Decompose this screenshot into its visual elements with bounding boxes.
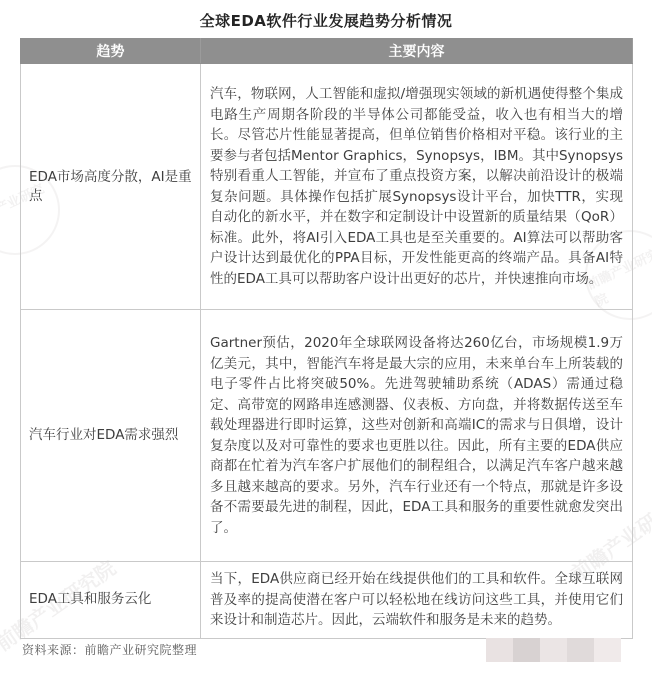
source-note: 资料来源：前瞻产业研究院整理 <box>22 641 197 658</box>
column-header-trend: 趋势 <box>21 39 201 64</box>
content-cell: 当下，EDA供应商已经开始在线提供他们的工具和软件。全球互联网普及率的提高使潜在… <box>201 562 633 639</box>
table-header-row: 趋势 主要内容 <box>21 39 633 64</box>
trend-cell: EDA工具和服务云化 <box>21 562 201 639</box>
table-row: 汽车行业对EDA需求强烈 Gartner预估，2020年全球联网设备将达260亿… <box>21 310 633 562</box>
trend-table-container: 趋势 主要内容 EDA市场高度分散，AI是重点 汽车，物联网，人工智能和虚拟/增… <box>20 38 632 639</box>
censored-watermark <box>486 638 621 662</box>
page-title: 全球EDA软件行业发展趋势分析情况 <box>0 10 652 31</box>
table-row: EDA工具和服务云化 当下，EDA供应商已经开始在线提供他们的工具和软件。全球互… <box>21 562 633 639</box>
trend-table: 趋势 主要内容 EDA市场高度分散，AI是重点 汽车，物联网，人工智能和虚拟/增… <box>20 38 633 639</box>
trend-cell: 汽车行业对EDA需求强烈 <box>21 310 201 562</box>
content-cell: Gartner预估，2020年全球联网设备将达260亿台，市场规模1.9万亿美元… <box>201 310 633 562</box>
content-cell: 汽车，物联网，人工智能和虚拟/增强现实领域的新机遇使得整个集成电路生产周期各阶段… <box>201 64 633 310</box>
column-header-content: 主要内容 <box>201 39 633 64</box>
trend-cell: EDA市场高度分散，AI是重点 <box>21 64 201 310</box>
table-row: EDA市场高度分散，AI是重点 汽车，物联网，人工智能和虚拟/增强现实领域的新机… <box>21 64 633 310</box>
